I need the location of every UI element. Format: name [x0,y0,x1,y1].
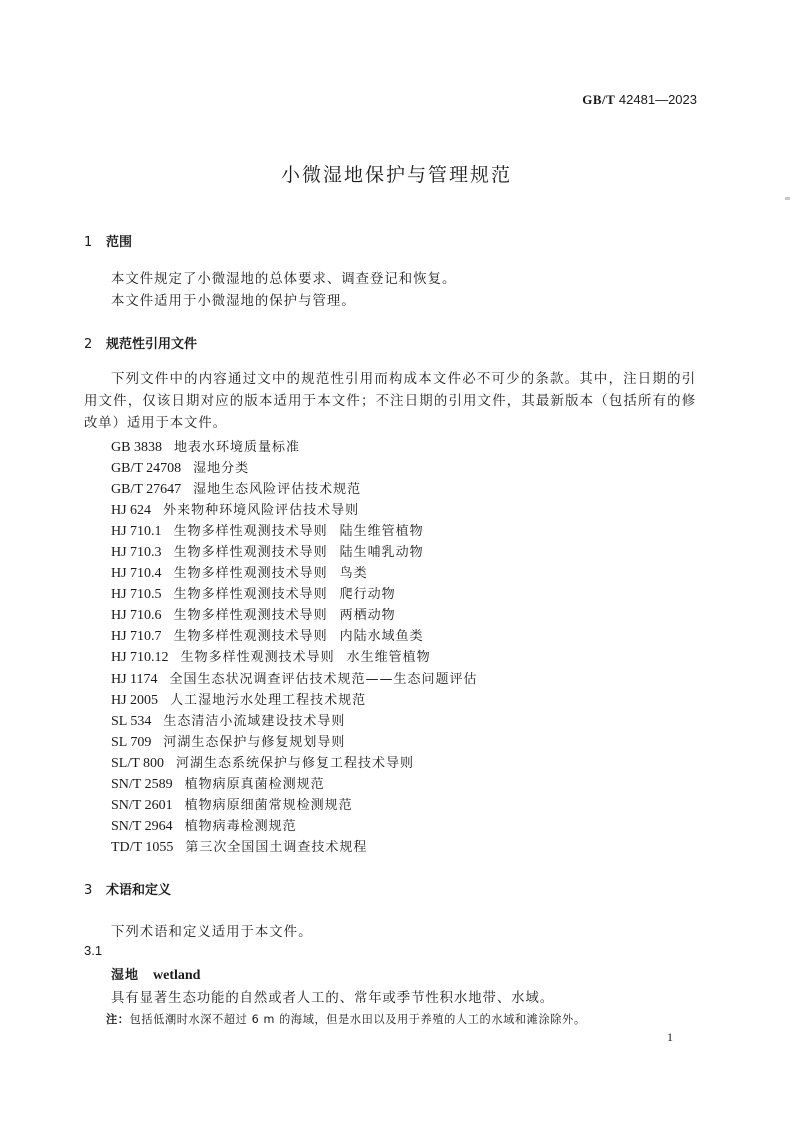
reference-title: 植物病原细菌常规检测规范 [185,798,353,813]
reference-title: 生物多样性观测技术导则 [174,587,328,602]
reference-code: HJ 710.12 [111,650,169,665]
reference-code: GB/T 27647 [111,482,181,497]
reference-title: 植物病原真菌检测规范 [185,777,325,792]
reference-code: SL 534 [111,714,151,729]
reference-title: 生物多样性观测技术导则 [174,524,328,539]
reference-title: 生物多样性观测技术导则 [174,629,328,644]
reference-subtitle: 陆生哺乳动物 [340,545,424,560]
term-definition: 具有显著生态功能的自然或者人工的、常年或季节性积水地带、水域。 [111,987,554,1006]
reference-item: HJ 710.5生物多样性观测技术导则爬行动物 [111,584,478,605]
section-3-intro: 下列术语和定义适用于本文件。 [111,921,312,940]
reference-code: HJ 1174 [111,672,158,687]
reference-item: HJ 710.4生物多样性观测技术导则鸟类 [111,563,478,584]
section-2-heading: 2规范性引用文件 [84,333,197,352]
normative-references-list: GB 3838地表水环境质量标准 GB/T 24708湿地分类 GB/T 276… [111,437,478,858]
reference-code: HJ 710.1 [111,524,162,539]
reference-item: SN/T 2589植物病原真菌检测规范 [111,774,478,795]
reference-item: HJ 710.3生物多样性观测技术导则陆生哺乳动物 [111,542,478,563]
reference-code: SL/T 800 [111,756,164,771]
reference-title: 河湖生态系统保护与修复工程技术导则 [176,756,414,771]
reference-title: 生物多样性观测技术导则 [181,650,335,665]
reference-code: HJ 710.6 [111,608,162,623]
reference-item: SN/T 2601植物病原细菌常规检测规范 [111,795,478,816]
reference-title: 生物多样性观测技术导则 [174,608,328,623]
reference-title: 湿地分类 [193,461,249,476]
reference-subtitle: 水生维管植物 [347,650,431,665]
reference-item: SL/T 800河湖生态系统保护与修复工程技术导则 [111,753,478,774]
reference-title: 生物多样性观测技术导则 [174,545,328,560]
reference-title: 生态清洁小流域建设技术导则 [163,714,345,729]
reference-subtitle: 两栖动物 [340,608,396,623]
page-number: 1 [667,1030,673,1045]
section-3-heading: 3术语和定义 [84,879,171,898]
standard-code: GB/T 42481—2023 [582,92,697,108]
reference-title: 人工湿地污水处理工程技术规范 [170,693,366,708]
reference-subtitle: 内陆水域鱼类 [340,629,424,644]
section-1-paragraph-2: 本文件适用于小微湿地的保护与管理。 [111,290,356,309]
reference-item: TD/T 1055第三次全国国土调查技术规程 [111,837,478,858]
reference-subtitle: 陆生维管植物 [340,524,424,539]
section-1-paragraph-1: 本文件规定了小微湿地的总体要求、调查登记和恢复。 [111,268,456,287]
reference-item: HJ 624外来物种环境风险评估技术导则 [111,500,478,521]
reference-item: GB/T 27647湿地生态风险评估技术规范 [111,479,478,500]
reference-item: SN/T 2964植物病毒检测规范 [111,816,478,837]
reference-code: SN/T 2964 [111,819,173,834]
note-text: 包括低潮时水深不超过 6 m 的海域，但是水田以及用于养殖的人工的水域和滩涂除外… [130,1013,586,1026]
reference-title: 地表水环境质量标准 [174,440,300,455]
reference-code: HJ 710.5 [111,587,162,602]
reference-code: SN/T 2589 [111,777,173,792]
reference-code: GB/T 24708 [111,461,181,476]
reference-item: HJ 710.12生物多样性观测技术导则水生维管植物 [111,647,478,668]
reference-code: HJ 2005 [111,693,158,708]
section-1-heading: 1范围 [84,231,132,250]
reference-title: 外来物种环境风险评估技术导则 [163,503,359,518]
reference-code: SN/T 2601 [111,798,173,813]
reference-code: GB 3838 [111,440,162,455]
standard-prefix: GB/T [582,92,615,107]
reference-title: 河湖生态保护与修复规划导则 [163,735,345,750]
reference-code: HJ 710.3 [111,545,162,560]
reference-item: GB/T 24708湿地分类 [111,458,478,479]
section-number: 1 [84,235,106,250]
scan-edge-mark [785,197,790,200]
document-title: 小微湿地保护与管理规范 [0,160,793,187]
term-note: 注：包括低潮时水深不超过 6 m 的海域，但是水田以及用于养殖的人工的水域和滩涂… [106,1011,586,1027]
section-title: 规范性引用文件 [106,337,197,352]
standard-number: 42481—2023 [619,92,697,107]
reference-item: HJ 1174全国生态状况调查评估技术规范——生态问题评估 [111,669,478,690]
section-number: 2 [84,337,106,352]
reference-code: SL 709 [111,735,151,750]
reference-code: HJ 710.7 [111,629,162,644]
reference-item: HJ 710.7生物多样性观测技术导则内陆水域鱼类 [111,626,478,647]
reference-code: TD/T 1055 [111,840,173,855]
term-en: wetland [153,968,200,983]
section-title: 术语和定义 [106,883,171,898]
term-number: 3.1 [84,943,102,958]
reference-subtitle: 鸟类 [340,566,368,581]
section-number: 3 [84,883,106,898]
reference-item: HJ 710.6生物多样性观测技术导则两栖动物 [111,605,478,626]
section-title: 范围 [106,235,132,250]
reference-subtitle: 爬行动物 [340,587,396,602]
section-2-intro: 下列文件中的内容通过文中的规范性引用而构成本文件必不可少的条款。其中，注日期的引… [84,369,696,435]
reference-item: SL 709河湖生态保护与修复规划导则 [111,732,478,753]
reference-title: 湿地生态风险评估技术规范 [193,482,361,497]
term-zh: 湿地 [111,968,139,983]
term-heading: 湿地wetland [111,964,200,984]
reference-item: SL 534生态清洁小流域建设技术导则 [111,711,478,732]
reference-title: 第三次全国国土调查技术规程 [185,840,367,855]
reference-item: HJ 2005人工湿地污水处理工程技术规范 [111,690,478,711]
reference-code: HJ 710.4 [111,566,162,581]
reference-code: HJ 624 [111,503,151,518]
reference-title: 生物多样性观测技术导则 [174,566,328,581]
note-label: 注： [106,1013,130,1026]
reference-title: 植物病毒检测规范 [185,819,297,834]
reference-title: 全国生态状况调查评估技术规范——生态问题评估 [170,672,478,687]
reference-item: GB 3838地表水环境质量标准 [111,437,478,458]
reference-item: HJ 710.1生物多样性观测技术导则陆生维管植物 [111,521,478,542]
